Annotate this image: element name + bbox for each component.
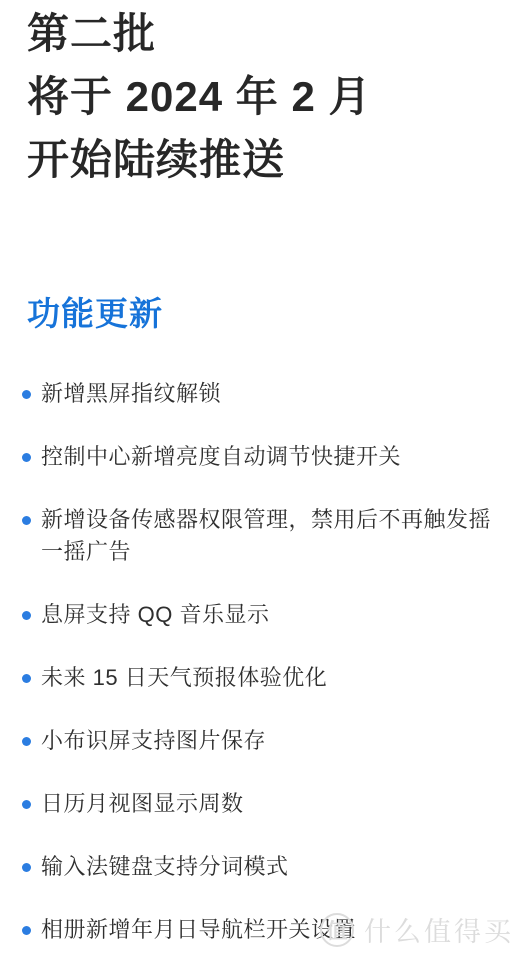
feature-item-text: 相册新增年月日导航栏开关设置 bbox=[41, 914, 356, 946]
bullet-dot-icon bbox=[22, 390, 31, 399]
feature-list-item: 控制中心新增亮度自动调节快捷开关 bbox=[22, 441, 506, 473]
feature-list-item: 未来 15 日天气预报体验优化 bbox=[22, 662, 506, 694]
bullet-dot-icon bbox=[22, 926, 31, 935]
feature-list-item: 小布识屏支持图片保存 bbox=[22, 725, 506, 757]
feature-item-text: 控制中心新增亮度自动调节快捷开关 bbox=[41, 441, 401, 473]
bullet-dot-icon bbox=[22, 611, 31, 620]
section-title-feature-updates: 功能更新 bbox=[27, 294, 522, 334]
feature-item-text: 未来 15 日天气预报体验优化 bbox=[41, 662, 327, 694]
feature-item-text: 输入法键盘支持分词模式 bbox=[41, 851, 289, 883]
smzdm-logo-icon: 值 bbox=[320, 913, 354, 947]
bullet-dot-icon bbox=[22, 863, 31, 872]
bullet-dot-icon bbox=[22, 674, 31, 683]
feature-item-text: 日历月视图显示周数 bbox=[41, 788, 244, 820]
changelog-page: 第二批 将于 2024 年 2 月 开始陆续推送 功能更新 新增黑屏指纹解锁 控… bbox=[0, 0, 522, 960]
feature-list: 新增黑屏指纹解锁 控制中心新增亮度自动调节快捷开关 新增设备传感器权限管理，禁用… bbox=[0, 378, 522, 946]
feature-item-text: 新增黑屏指纹解锁 bbox=[41, 378, 221, 410]
feature-item-text: 小布识屏支持图片保存 bbox=[41, 725, 266, 757]
watermark-text: 什么值得买 bbox=[364, 910, 514, 949]
feature-list-item: 新增设备传感器权限管理，禁用后不再触发摇一摇广告 bbox=[22, 504, 506, 568]
page-title-line: 将于 2024 年 2 月 bbox=[27, 65, 502, 128]
feature-list-item: 日历月视图显示周数 bbox=[22, 788, 506, 820]
smzdm-watermark: 值 什么值得买 bbox=[320, 910, 514, 949]
feature-item-text: 息屏支持 QQ 音乐显示 bbox=[41, 599, 269, 631]
page-title-line: 第二批 bbox=[27, 2, 502, 65]
feature-item-text: 新增设备传感器权限管理，禁用后不再触发摇一摇广告 bbox=[41, 504, 496, 568]
feature-list-item: 输入法键盘支持分词模式 bbox=[22, 851, 506, 883]
bullet-dot-icon bbox=[22, 737, 31, 746]
bullet-dot-icon bbox=[22, 453, 31, 462]
feature-list-item: 新增黑屏指纹解锁 bbox=[22, 378, 506, 410]
page-title-line: 开始陆续推送 bbox=[27, 128, 502, 191]
bullet-dot-icon bbox=[22, 800, 31, 809]
bullet-dot-icon bbox=[22, 516, 31, 525]
feature-list-item: 息屏支持 QQ 音乐显示 bbox=[22, 599, 506, 631]
page-title: 第二批 将于 2024 年 2 月 开始陆续推送 bbox=[0, 0, 522, 191]
